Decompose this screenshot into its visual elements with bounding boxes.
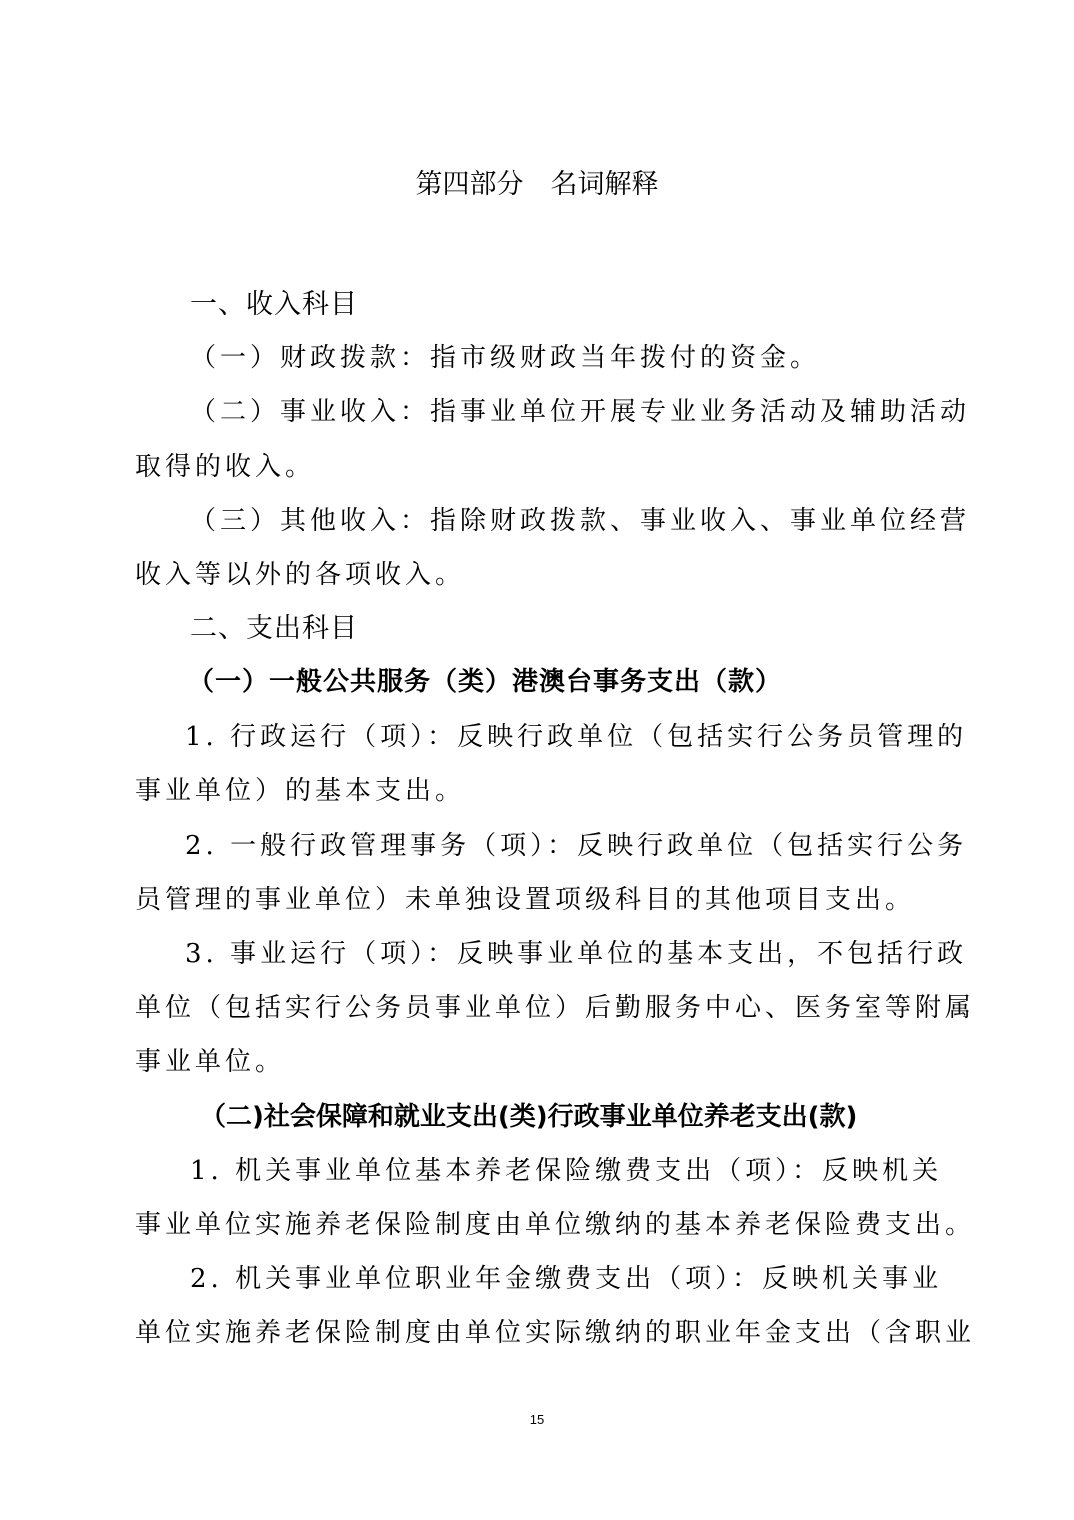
paragraph-line: 2. 一般行政管理事务（项）：反映行政单位（包括实行公务	[185, 825, 995, 862]
paragraph-line: 员管理的事业单位）未单独设置项级科目的其他项目支出。	[135, 879, 945, 916]
paragraph-line: （三）其他收入：指除财政拨款、事业收入、事业单位经营	[190, 500, 1000, 537]
paragraph-line: 取得的收入。	[135, 446, 945, 483]
paragraph-line: （二）事业收入：指事业单位开展专业业务活动及辅助活动	[190, 391, 1000, 428]
paragraph-line: 2. 机关事业单位职业年金缴费支出（项）：反映机关事业	[190, 1258, 1000, 1295]
paragraph-line: 事业单位。	[135, 1041, 945, 1078]
paragraph-line: 单位（包括实行公务员事业单位）后勤服务中心、医务室等附属	[135, 987, 945, 1024]
paragraph-line: 事业单位）的基本支出。	[135, 770, 945, 807]
section-heading-expenditure: 二、支出科目	[190, 606, 1000, 645]
subsection-heading: （一）一般公共服务（类）港澳台事务支出（款）	[188, 661, 998, 698]
section-heading-income: 一、收入科目	[190, 282, 1000, 321]
paragraph-line: （一）财政拨款：指市级财政当年拨付的资金。	[190, 337, 1000, 374]
page-number: 15	[0, 1412, 1074, 1427]
page-title: 第四部分 名词解释	[0, 162, 1074, 201]
subsection-heading: （二)社会保障和就业支出(类)行政事业单位养老支出(款)	[200, 1096, 1010, 1133]
paragraph-line: 3. 事业运行（项）：反映事业单位的基本支出，不包括行政	[185, 933, 995, 970]
paragraph-line: 单位实施养老保险制度由单位实际缴纳的职业年金支出（含职业	[135, 1312, 945, 1349]
paragraph-line: 1. 机关事业单位基本养老保险缴费支出（项）：反映机关	[190, 1150, 1000, 1187]
paragraph-line: 收入等以外的各项收入。	[135, 554, 945, 591]
paragraph-line: 事业单位实施养老保险制度由单位缴纳的基本养老保险费支出。	[135, 1204, 945, 1241]
paragraph-line: 1. 行政运行（项）：反映行政单位（包括实行公务员管理的	[185, 716, 995, 753]
document-page: 第四部分 名词解释 一、收入科目 （一）财政拨款：指市级财政当年拨付的资金。 （…	[0, 0, 1074, 1520]
